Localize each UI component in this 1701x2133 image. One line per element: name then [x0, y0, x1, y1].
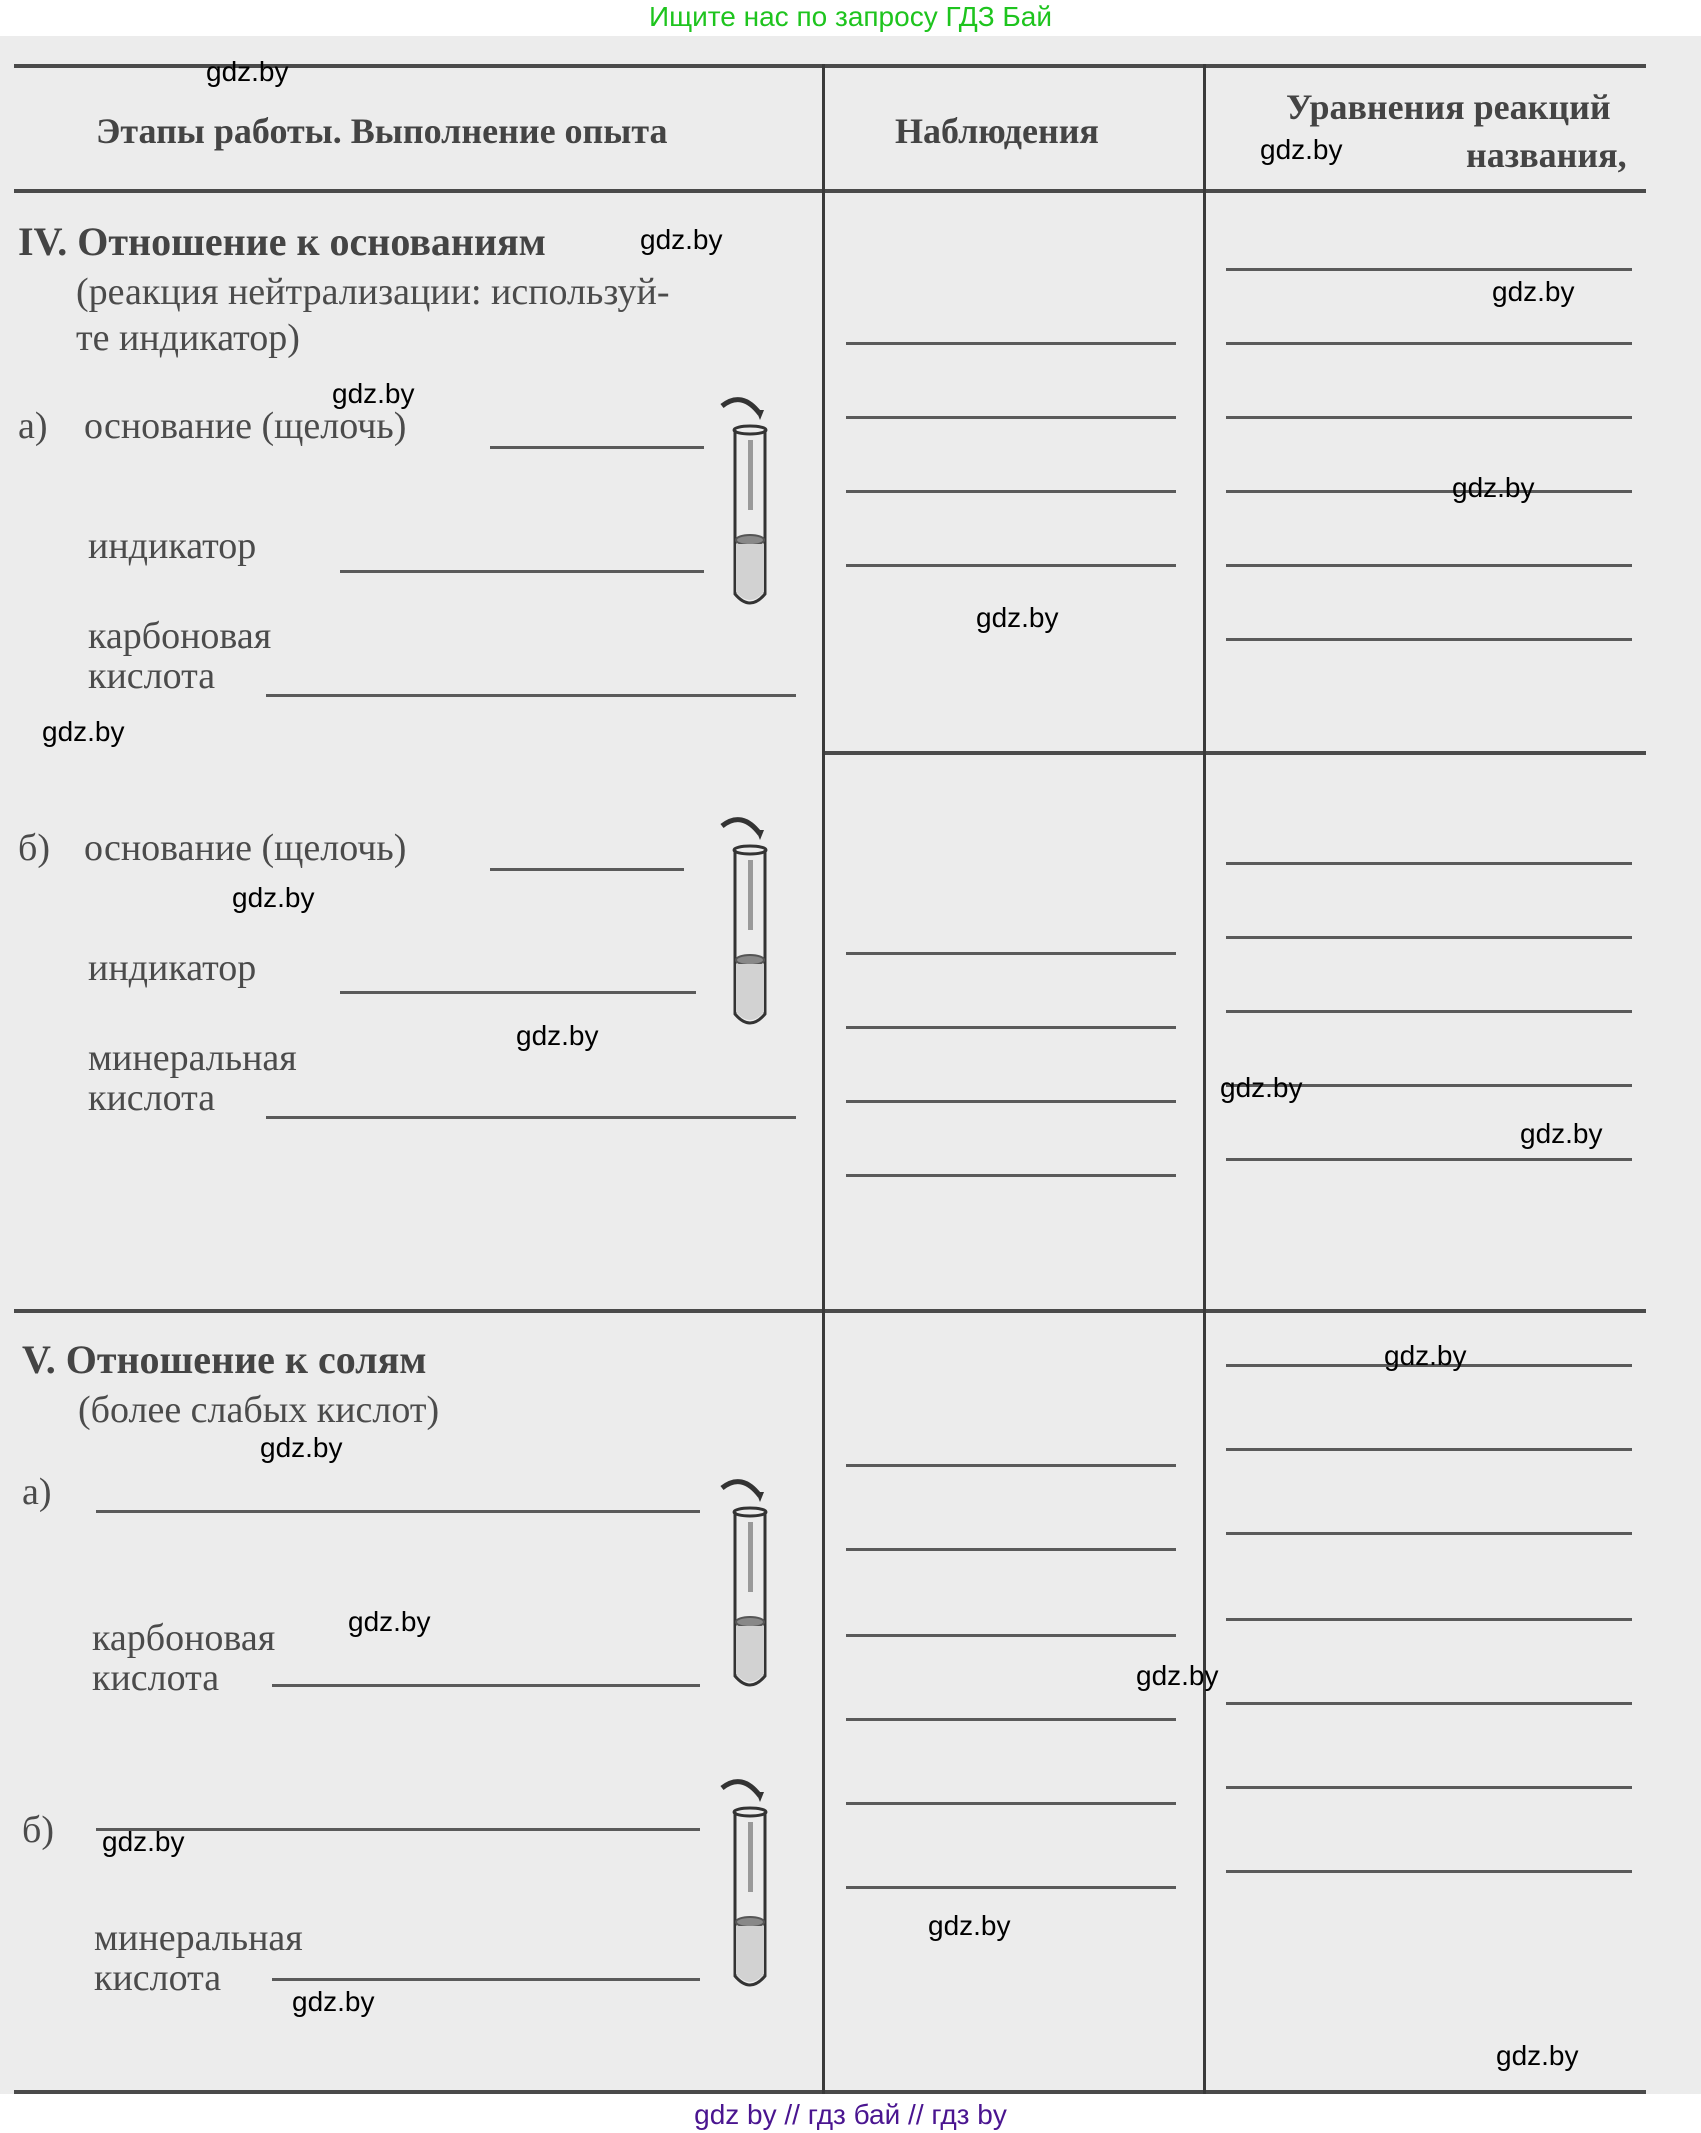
section-5-subtitle: (более слабых кислот) [78, 1390, 439, 1430]
section-5b-marker: б) [22, 1810, 54, 1850]
watermark: gdz.by [42, 716, 125, 748]
section-4-title: IV. Отношение к основаниям [18, 218, 546, 265]
top-banner: Ищите нас по запросу ГДЗ Бай [0, 0, 1701, 36]
column-divider-1 [822, 64, 825, 2094]
watermark: gdz.by [640, 224, 723, 256]
section-5b-acid-label-line2: кислота [94, 1958, 221, 1998]
section-4b-acid-label-line1: минеральная [88, 1038, 297, 1078]
section-4b-marker: б) [18, 828, 50, 868]
header-bottom-border [14, 189, 1646, 193]
section-5a-blank-1[interactable] [96, 1510, 700, 1513]
test-tube-icon [712, 1776, 772, 1996]
observation-blank[interactable] [846, 490, 1176, 493]
header-observations: Наблюдения [895, 110, 1099, 152]
observation-blank[interactable] [846, 952, 1176, 955]
section-4a-acid-label-line2: кислота [88, 656, 215, 696]
workbook-page: Этапы работы. Выполнение опыта Наблюдени… [0, 36, 1701, 2094]
equation-blank[interactable] [1226, 1870, 1632, 1873]
observation-blank[interactable] [846, 342, 1176, 345]
section-5a-acid-label-line1: карбоновая [92, 1618, 275, 1658]
bottom-banner: gdz by // гдз бай // гдз by [0, 2096, 1701, 2133]
section-4b-acid-blank[interactable] [266, 1116, 796, 1119]
section-4a-indicator-label: индикатор [88, 526, 256, 566]
observation-blank[interactable] [846, 1174, 1176, 1177]
section-5b-acid-blank[interactable] [272, 1978, 700, 1981]
observation-blank[interactable] [846, 1634, 1176, 1637]
section-5a-marker: а) [22, 1472, 52, 1512]
column-divider-2 [1203, 64, 1206, 2094]
observation-blank[interactable] [846, 1464, 1176, 1467]
section-4a-acid-blank[interactable] [266, 694, 796, 697]
header-stages: Этапы работы. Выполнение опыта [96, 110, 668, 152]
equation-blank[interactable] [1226, 1786, 1632, 1789]
observation-blank[interactable] [846, 564, 1176, 567]
test-tube-icon [712, 394, 772, 614]
section-4a-marker: а) [18, 406, 48, 446]
watermark: gdz.by [1260, 134, 1343, 166]
test-tube-icon [712, 1476, 772, 1696]
watermark: gdz.by [1452, 472, 1535, 504]
section-4b-base-label: основание (щелочь) [84, 828, 406, 868]
section-4-subtitle-line2: те индикатор) [76, 318, 300, 358]
observation-blank[interactable] [846, 1718, 1176, 1721]
section-4b-acid-label-line2: кислота [88, 1078, 215, 1118]
row-divider-obs [824, 751, 1646, 755]
header-equations-line2: названия, [1466, 134, 1627, 176]
section-5-title: V. Отношение к солям [22, 1336, 427, 1383]
equation-blank[interactable] [1226, 416, 1632, 419]
equation-blank[interactable] [1226, 1158, 1632, 1161]
watermark: gdz.by [928, 1910, 1011, 1942]
equation-blank[interactable] [1226, 342, 1632, 345]
equation-blank[interactable] [1226, 1618, 1632, 1621]
equation-blank[interactable] [1226, 1532, 1632, 1535]
watermark: gdz.by [332, 378, 415, 410]
equation-blank[interactable] [1226, 936, 1632, 939]
watermark: gdz.by [516, 1020, 599, 1052]
section-5a-acid-label-line2: кислота [92, 1658, 219, 1698]
test-tube-icon [712, 814, 772, 1034]
section-5b-blank-1[interactable] [96, 1828, 700, 1831]
equation-blank[interactable] [1226, 564, 1632, 567]
watermark: gdz.by [1384, 1340, 1467, 1372]
watermark: gdz.by [1220, 1072, 1303, 1104]
equation-blank[interactable] [1226, 1702, 1632, 1705]
watermark: gdz.by [976, 602, 1059, 634]
section-5a-acid-blank[interactable] [272, 1684, 700, 1687]
equation-blank[interactable] [1226, 638, 1632, 641]
equation-blank[interactable] [1226, 1010, 1632, 1013]
watermark: gdz.by [1520, 1118, 1603, 1150]
header-equations-line1: Уравнения реакций [1286, 86, 1611, 128]
watermark: gdz.by [260, 1432, 343, 1464]
observation-blank[interactable] [846, 1026, 1176, 1029]
observation-blank[interactable] [846, 416, 1176, 419]
watermark: gdz.by [1136, 1660, 1219, 1692]
observation-blank[interactable] [846, 1548, 1176, 1551]
equation-blank[interactable] [1226, 490, 1632, 493]
section-4b-base-blank[interactable] [490, 868, 684, 871]
section-4a-indicator-blank[interactable] [340, 570, 704, 573]
table-bottom-border [14, 2090, 1646, 2094]
observation-blank[interactable] [846, 1886, 1176, 1889]
section-4a-base-label: основание (щелочь) [84, 406, 406, 446]
watermark: gdz.by [232, 882, 315, 914]
watermark: gdz.by [1496, 2040, 1579, 2072]
equation-blank[interactable] [1226, 268, 1632, 271]
section-4b-indicator-blank[interactable] [340, 991, 696, 994]
equation-blank[interactable] [1226, 862, 1632, 865]
section-4a-base-blank[interactable] [490, 446, 704, 449]
section-divider [14, 1309, 1646, 1313]
section-4-subtitle-line1: (реакция нейтрализации: используй- [76, 272, 670, 312]
section-4b-indicator-label: индикатор [88, 948, 256, 988]
equation-blank[interactable] [1226, 1448, 1632, 1451]
section-4a-acid-label-line1: карбоновая [88, 616, 271, 656]
section-5b-acid-label-line1: минеральная [94, 1918, 303, 1958]
watermark: gdz.by [102, 1826, 185, 1858]
watermark: gdz.by [292, 1986, 375, 2018]
observation-blank[interactable] [846, 1802, 1176, 1805]
watermark: gdz.by [348, 1606, 431, 1638]
observation-blank[interactable] [846, 1100, 1176, 1103]
watermark: gdz.by [206, 56, 289, 88]
watermark: gdz.by [1492, 276, 1575, 308]
